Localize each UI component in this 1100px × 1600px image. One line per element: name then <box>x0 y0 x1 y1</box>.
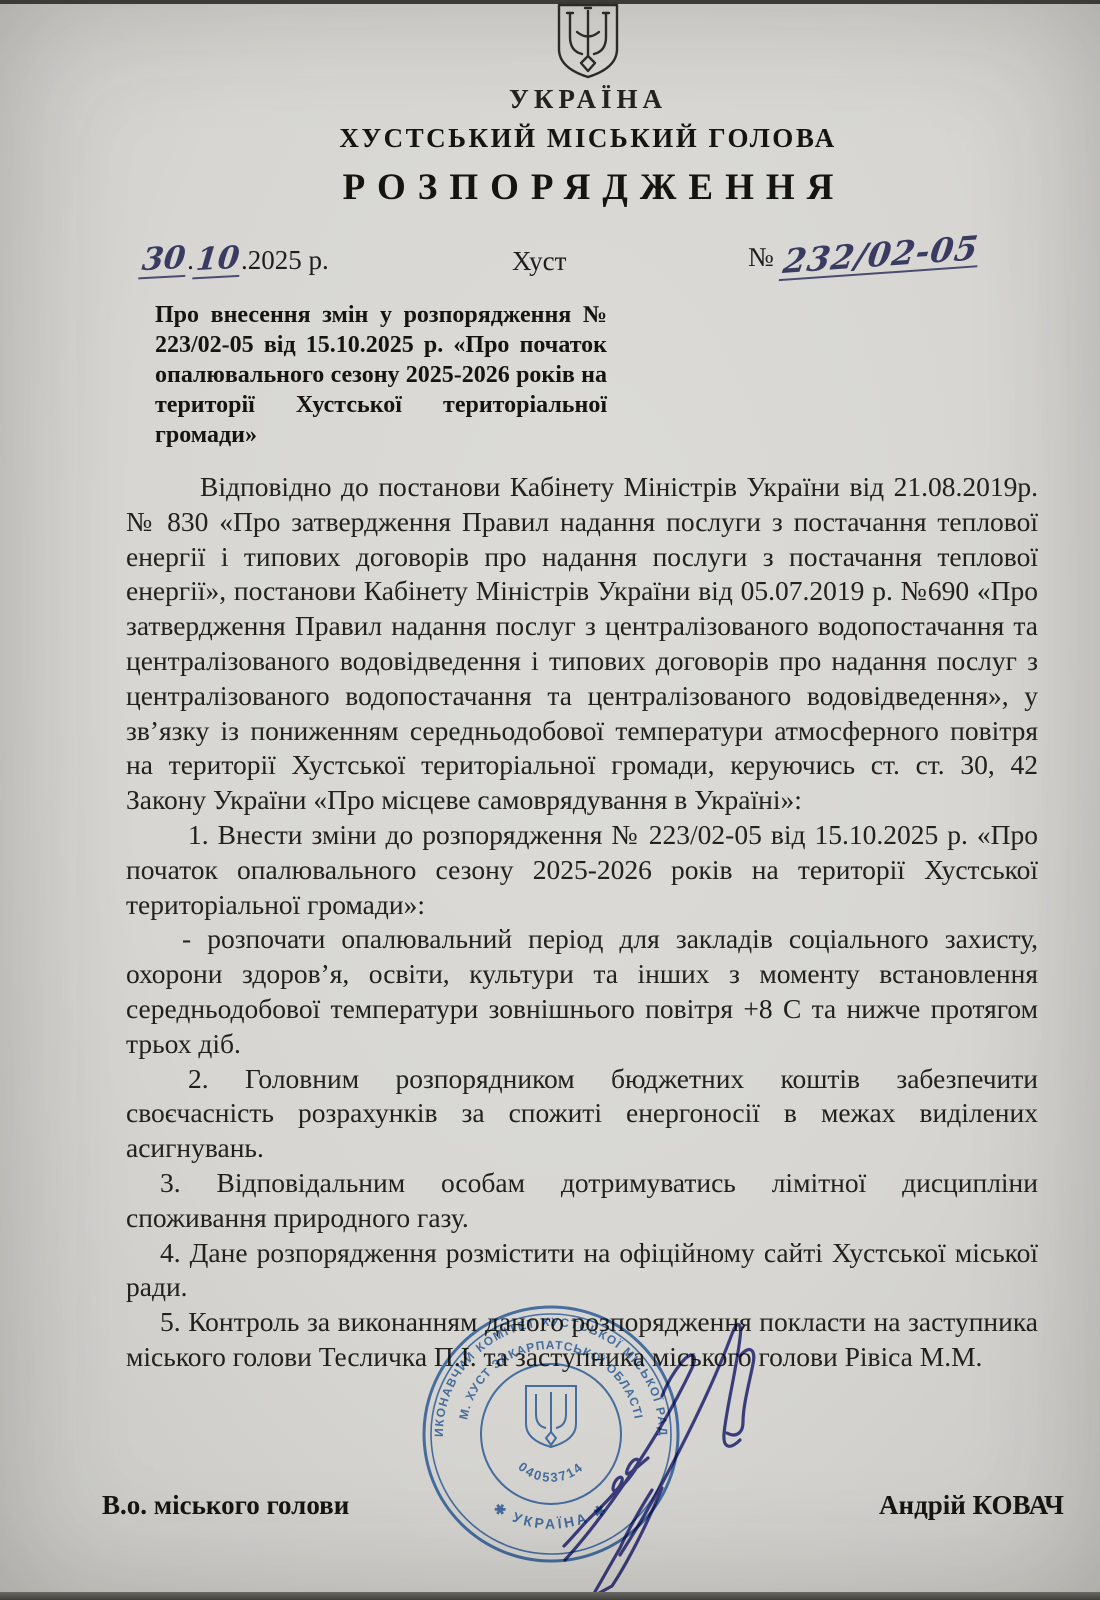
handwritten-day: 30 <box>138 243 189 280</box>
signer-name: Андрій КОВАЧ <box>879 1490 1064 1521</box>
issuing-authority: ХУСТСЬКИЙ МІСЬКИЙ ГОЛОВА <box>132 123 1044 154</box>
document-header: УКРАЇНА ХУСТСЬКИЙ МІСЬКИЙ ГОЛОВА РОЗПОРЯ… <box>132 2 1044 209</box>
subject-paragraph: Про внесення змін у розпорядження № 223/… <box>155 300 607 450</box>
document-body: Відповідно до постанови Кабінету Міністр… <box>126 470 1038 1375</box>
place-name: Хуст <box>512 246 566 277</box>
number-sign: № <box>748 242 774 272</box>
document-date: 30.10.2025 р. <box>140 244 329 278</box>
body-paragraph: Відповідно до постанови Кабінету Міністр… <box>126 470 1038 818</box>
body-paragraph: 1. Внести зміни до розпорядження № 223/0… <box>126 818 1038 922</box>
document-number: № 232/02-05 <box>748 238 980 274</box>
signature-ink <box>470 1296 830 1600</box>
country-name: УКРАЇНА <box>132 84 1044 115</box>
body-paragraph: 2. Головним розпорядником бюджетних кошт… <box>126 1062 1038 1166</box>
body-paragraph: 4. Дане розпорядження розмістити на офіц… <box>126 1236 1038 1306</box>
signer-position: В.о. міського голови <box>102 1490 349 1521</box>
document-type-title: РОЗПОРЯДЖЕННЯ <box>132 166 1044 209</box>
dateline: 30.10.2025 р. Хуст № 232/02-05 <box>0 238 1100 288</box>
handwritten-number: 232/02-05 <box>778 231 982 281</box>
handwritten-month: 10 <box>192 243 243 280</box>
typed-year: .2025 р. <box>241 245 329 275</box>
document-page: УКРАЇНА ХУСТСЬКИЙ МІСЬКИЙ ГОЛОВА РОЗПОРЯ… <box>0 0 1100 1600</box>
body-paragraph: - розпочати опалювальний період для закл… <box>126 922 1038 1061</box>
scan-edge-bottom <box>0 1592 1100 1600</box>
coat-of-arms-icon <box>555 2 621 80</box>
body-paragraph: 3. Відповідальним особам дотримуватись л… <box>126 1166 1038 1236</box>
